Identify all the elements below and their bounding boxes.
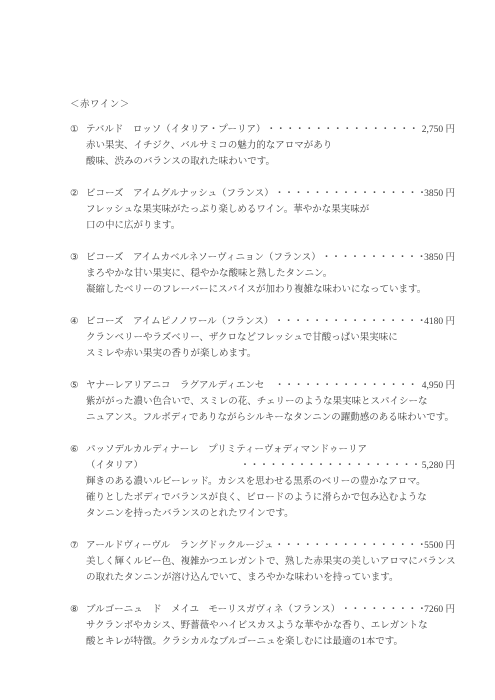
wine-description-line: 紫ががった濃い色合いで、スミレの花、チェリーのような果実味とスパイシーな bbox=[86, 394, 455, 410]
dot-leader: ・・・・・・・・・・・・・・・・・・・ bbox=[240, 458, 421, 474]
wine-title-line: ビコーズ アイムカベルネソーヴィニョン（フランス） ・・・・・・・・・・・・・・… bbox=[86, 250, 455, 266]
wine-name: パッソデルカルディナーレ プリミティーヴォディマンドゥーリア bbox=[86, 442, 367, 458]
wine-description-line: 確りとしたボディでバランスが良く、ビロードのように滑らかで包み込むような bbox=[86, 490, 455, 506]
wine-description-line: まろやかな甘い果実に、穏やかな酸味と熟したタンニン。 bbox=[86, 266, 455, 282]
wine-title-line: ビコーズ アイムグルナッシュ（フランス） ・・・・・・・・・・・・・・・・・・・… bbox=[86, 186, 455, 202]
dot-leader: ・・・・・・・・・・・・・・・・・・・・・・・・・・・・・・・・・・・・・・・・ bbox=[275, 378, 421, 394]
wine-title-line: ブルゴーニュ ド メイユ モーリスガヴィネ（フランス） ・・・・・・・・・・・・… bbox=[86, 602, 455, 618]
wine-name: テバルド ロッソ（イタリア・プーリア） bbox=[86, 122, 265, 138]
item-number: ④ bbox=[70, 314, 86, 362]
wine-description-line: クランベリーやラズベリー、ザクロなどフレッシュで甘酸っぱい果実味に bbox=[86, 330, 455, 346]
wine-price: 3850 円 bbox=[424, 186, 455, 202]
wine-name: ヤナーレアリアニコ ラグアルディエンセ bbox=[86, 378, 274, 394]
wine-title-line: テバルド ロッソ（イタリア・プーリア） ・・・・・・・・・・・・・・・・・・・・… bbox=[86, 122, 455, 138]
wine-description-line: 口の中に広がります。 bbox=[86, 218, 455, 234]
dot-leader: ・・・・・・・・・・・・・・・・・・・・・・・・・・・・・・・・・・・・・・・・ bbox=[275, 186, 423, 202]
wine-price: 4180 円 bbox=[424, 314, 455, 330]
wine-title-line: ビコーズ アイムピノノワール（フランス） ・・・・・・・・・・・・・・・・・・・… bbox=[86, 314, 455, 330]
wine-name: ビコーズ アイムカベルネソーヴィニョン（フランス） bbox=[86, 250, 321, 266]
dot-leader: ・・・・・・・・・・・・・・・・・・・・・・・・・・・・・・・・・・・・・・・・ bbox=[274, 538, 423, 554]
wine-description-line: タンニンを持ったバランスのとれたワインです。 bbox=[86, 506, 455, 522]
wine-item-8: ⑧ ブルゴーニュ ド メイユ モーリスガヴィネ（フランス） ・・・・・・・・・・… bbox=[70, 602, 455, 650]
item-number: ③ bbox=[70, 250, 86, 298]
wine-item-4: ④ ビコーズ アイムピノノワール（フランス） ・・・・・・・・・・・・・・・・・… bbox=[70, 314, 455, 362]
wine-description-line: 酸とキレが特徴。クラシカルなブルゴーニュを楽しむには最適の1本です。 bbox=[86, 634, 455, 650]
wine-item-7: ⑦ アールドヴィーヴル ラングドックルージュ ・・・・・・・・・・・・・・・・・… bbox=[70, 538, 455, 586]
item-number: ⑥ bbox=[70, 442, 86, 522]
dot-leader: ・・・・・・・・・・・・・・・・・・・・・・・・・・・・・・・・・・・・・・・・ bbox=[322, 250, 423, 266]
wine-price: 2,750 円 bbox=[422, 122, 455, 138]
wine-description-line: の取れたタンニンが溶け込んでいて、まろやかな味わいを持っています。 bbox=[86, 570, 455, 586]
wine-description-line: 凝縮したベリーのフレーバーにスパイスが加わり複雑な味わいになっています。 bbox=[86, 282, 455, 298]
wine-name: アールドヴィーヴル ラングドックルージュ bbox=[86, 538, 273, 554]
wine-item-2: ② ビコーズ アイムグルナッシュ（フランス） ・・・・・・・・・・・・・・・・・… bbox=[70, 186, 455, 234]
wine-description-line: 美しく輝くルビー色、複雑かつエレガントで、熟した赤果実の美しいアロマにバランス bbox=[86, 554, 455, 570]
dot-leader: ・・・・・・・・・・・・・・・・・・・・・・・・・・・・・・・・・・・・・・・・ bbox=[266, 122, 420, 138]
wine-title-line: アールドヴィーヴル ラングドックルージュ ・・・・・・・・・・・・・・・・・・・… bbox=[86, 538, 455, 554]
item-number: ⑦ bbox=[70, 538, 86, 586]
wine-origin: （イタリア） bbox=[86, 458, 143, 474]
wine-description-line: 輝きのある濃いルビーレッド。カシスを思わせる黒系のベリーの豊かなアロマ。 bbox=[86, 474, 455, 490]
wine-description-line: フレッシュな果実味がたっぷり楽しめるワイン。華やかな果実味が bbox=[86, 202, 455, 218]
wine-price: 4,950 円 bbox=[422, 378, 455, 394]
page-title: ＜赤ワイン＞ bbox=[70, 97, 455, 113]
wine-name: ビコーズ アイムグルナッシュ（フランス） bbox=[86, 186, 274, 202]
wine-price: 5,280 円 bbox=[422, 458, 455, 474]
wine-price: 3850 円 bbox=[424, 250, 455, 266]
item-number: ② bbox=[70, 186, 86, 234]
wine-price: 7260 円 bbox=[424, 602, 455, 618]
wine-item-1: ① テバルド ロッソ（イタリア・プーリア） ・・・・・・・・・・・・・・・・・・… bbox=[70, 122, 455, 170]
red-wine-menu-page: ＜赤ワイン＞ ① テバルド ロッソ（イタリア・プーリア） ・・・・・・・・・・・… bbox=[0, 0, 495, 700]
wine-description-line: サクランボやカシス、野薔薇やハイビスカスような華やかな香り、エレガントな bbox=[86, 618, 455, 634]
wine-description-line: 赤い果実、イチジク、バルサミコの魅力的なアロマがあり bbox=[86, 138, 455, 154]
item-number: ① bbox=[70, 122, 86, 170]
item-number: ⑧ bbox=[70, 602, 86, 650]
wine-price: 5500 円 bbox=[424, 538, 455, 554]
item-number: ⑤ bbox=[70, 378, 86, 426]
wine-description-line: ニュアンス。フルボディでありながらシルキーなタンニンの躍動感のある味わいです。 bbox=[86, 410, 455, 426]
wine-description-line: 酸味、渋みのバランスの取れた味わいです。 bbox=[86, 154, 455, 170]
wine-item-5: ⑤ ヤナーレアリアニコ ラグアルディエンセ ・・・・・・・・・・・・・・・・・・… bbox=[70, 378, 455, 426]
wine-title-line: パッソデルカルディナーレ プリミティーヴォディマンドゥーリア bbox=[86, 442, 455, 458]
wine-title-line: ヤナーレアリアニコ ラグアルディエンセ ・・・・・・・・・・・・・・・・・・・・… bbox=[86, 378, 455, 394]
wine-description-line: スミレや赤い果実の香りが楽しめます。 bbox=[86, 346, 455, 362]
wine-origin-line: （イタリア） ・・・・・・・・・・・・・・・・・・・ 5,280 円 bbox=[86, 458, 455, 474]
wine-item-3: ③ ビコーズ アイムカベルネソーヴィニョン（フランス） ・・・・・・・・・・・・… bbox=[70, 250, 455, 298]
dot-leader: ・・・・・・・・・・・・・・・・・・・・・・・・・・・・・・・・・・・・・・・・ bbox=[341, 602, 423, 618]
wine-name: ブルゴーニュ ド メイユ モーリスガヴィネ（フランス） bbox=[86, 602, 340, 618]
dot-leader: ・・・・・・・・・・・・・・・・・・・・・・・・・・・・・・・・・・・・・・・・ bbox=[274, 314, 423, 330]
wine-name: ビコーズ アイムピノノワール（フランス） bbox=[86, 314, 273, 330]
wine-item-6: ⑥ パッソデルカルディナーレ プリミティーヴォディマンドゥーリア （イタリア） … bbox=[70, 442, 455, 522]
